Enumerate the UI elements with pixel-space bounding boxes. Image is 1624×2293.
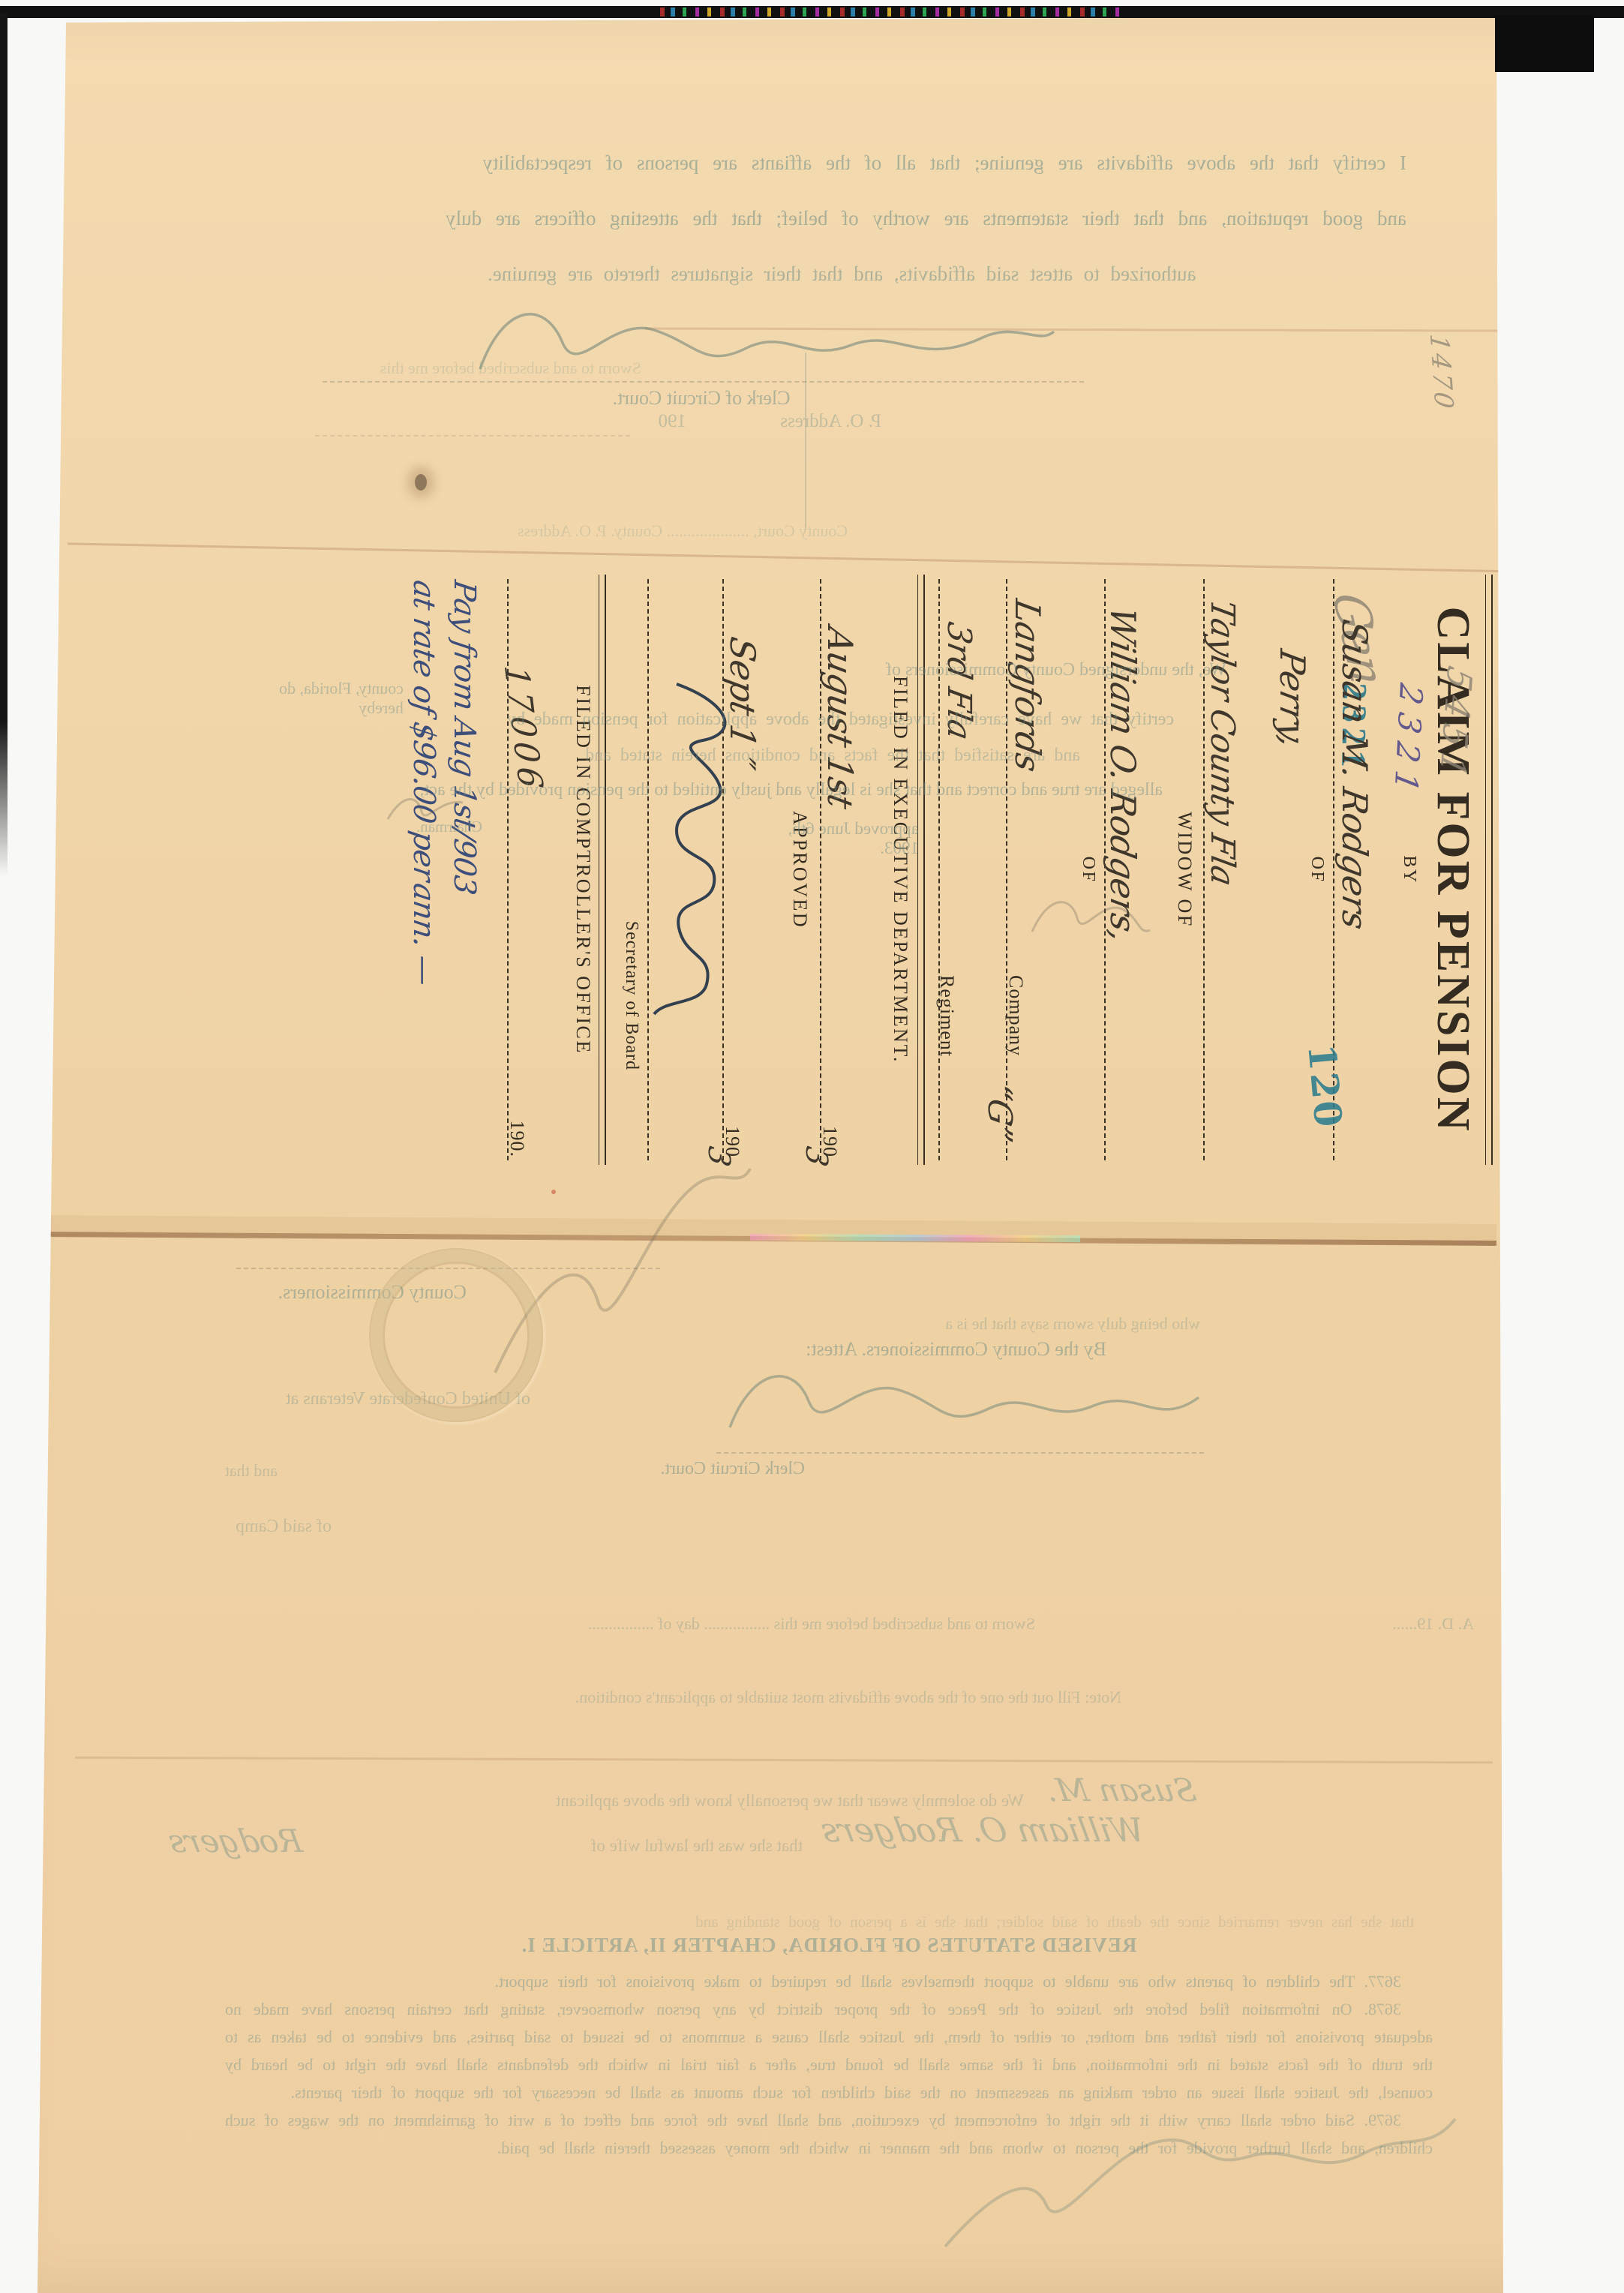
paper-sheet: I certify that the above affidavits are … [0, 0, 1624, 2293]
bleed-po-address: P. O. Address [724, 411, 881, 432]
company-label: Company [1004, 975, 1027, 1056]
bleed-never-remarried: that she has never remarried since the d… [225, 1913, 1414, 1931]
comp-double-rule [599, 575, 606, 1165]
claimant-row: Susan M. Rodgers 120 [1333, 579, 1399, 1160]
payment-note-line2: at rate of $96.00 per [404, 578, 444, 883]
residence-town-handwriting: Perry, [1272, 647, 1313, 750]
residence-county-handwriting: Taylor County Fla [1203, 597, 1241, 889]
statutes-heading: REVISED STATUTES OF FLORIDA, CHAPTER II,… [225, 1934, 1433, 1957]
embossed-seal [369, 1248, 543, 1422]
regiment-label: Regiment [935, 975, 958, 1057]
scanned-document-page: I certify that the above affidavits are … [0, 0, 1624, 2293]
bleed-commissioners-line3: certify that we have carefully investiga… [263, 710, 1174, 730]
ink-blot-stain [415, 474, 427, 491]
payment-note-line1: Pay from Aug 1st/903 [444, 578, 485, 896]
bleed-sworn-fragment: Sworn to and subscribed before me this [221, 359, 641, 378]
bleed-solemnly-swear: We do solemnly swear that we personally … [323, 1791, 1024, 1811]
payment-note: Pay from Aug 1st/903 at rate of $96.00 p… [404, 581, 485, 1168]
scanner-noise-strip [660, 8, 1125, 17]
bleed-clerk-label: Clerk of Circuit Court. [566, 387, 836, 410]
clerk-signature-bleed [458, 294, 1073, 395]
bleed-soldier-script: William O. Rodgers [818, 1811, 1148, 1850]
scanner-left-bar [0, 14, 8, 876]
stamp-120: 120 [1299, 1043, 1351, 1131]
claimant-name-handwriting: Susan M. Rodgers [1334, 617, 1375, 932]
bleed-sworn-subscribed: Sworn to and subscribed before me this .… [315, 1614, 1035, 1634]
bleed-certify-line3: authorized to attest said affidavits, an… [488, 263, 1406, 286]
bleed-commissioners-line4: and are satisfied that the facts and con… [240, 746, 1080, 766]
bleed-lawful-wife: that she was the lawful wife of [465, 1836, 803, 1856]
bleed-county-court-fragment: County Court, .................... Count… [263, 521, 848, 541]
mid-signature-rule [716, 1452, 1204, 1454]
statute-3677: 3677. The children of parents who are un… [225, 1967, 1433, 1995]
bleed-name-script-1: Susan M. [1043, 1772, 1199, 1808]
payment-note-line3: ann. — [404, 881, 444, 987]
bleed-duly-sworn: who being duly sworn says that he is a [675, 1314, 1200, 1334]
bleed-big-signature-mid [711, 1356, 1210, 1454]
bleed-note-line: Note: Fill out the one of the above affi… [330, 1688, 1121, 1707]
bleed-ad19: A. D. 19...... [1320, 1614, 1474, 1634]
scanner-corner-block [1495, 15, 1594, 72]
bleed-clerk-circuit-court: Clerk Circuit Court. [644, 1459, 805, 1479]
bleed-pencil-signature-small [384, 789, 467, 830]
statute-3678: 3678. On information filed before the Ju… [225, 1995, 1433, 2106]
secretary-signature-row [647, 579, 722, 1160]
bleed-190-label: 190 [634, 411, 686, 432]
filed-comp-label: FILED IN COMPTROLLER'S OFFICE [572, 572, 594, 1168]
bleed-commissioners-line5: alleged are true and correct and that sh… [240, 780, 1163, 800]
bleed-pencil-signature-small-2 [1026, 887, 1154, 950]
bleed-signature-rule [323, 381, 1084, 383]
pencil-5451: 5451 [1432, 662, 1480, 788]
crease-lower [75, 1757, 1493, 1764]
crease-second [68, 542, 1523, 572]
bleed-certify-line1: I certify that the above affidavits are … [233, 152, 1406, 175]
bleed-vertical-rule [805, 353, 806, 529]
bleed-approved-june: approved June 6th, 1903. [761, 819, 919, 858]
comp-year-printed: 190. [506, 1121, 528, 1158]
bleed-po-rule [315, 435, 630, 437]
bleed-and-that: and that [188, 1461, 278, 1481]
filed-comp-row: 17006 190. [507, 579, 572, 1160]
bleed-name-script-2: Rodgers [166, 1823, 305, 1859]
bleed-certify-line2: and good reputation, and that their stat… [233, 207, 1406, 230]
pencil-1470: 1470 [1424, 333, 1460, 413]
bleed-commissioners-line1: We, the undersigned County Commissioners… [780, 660, 1226, 680]
bleed-diagonal-script-bottom [934, 2100, 1466, 2261]
bleed-said-camp: of said Camp [189, 1517, 332, 1537]
